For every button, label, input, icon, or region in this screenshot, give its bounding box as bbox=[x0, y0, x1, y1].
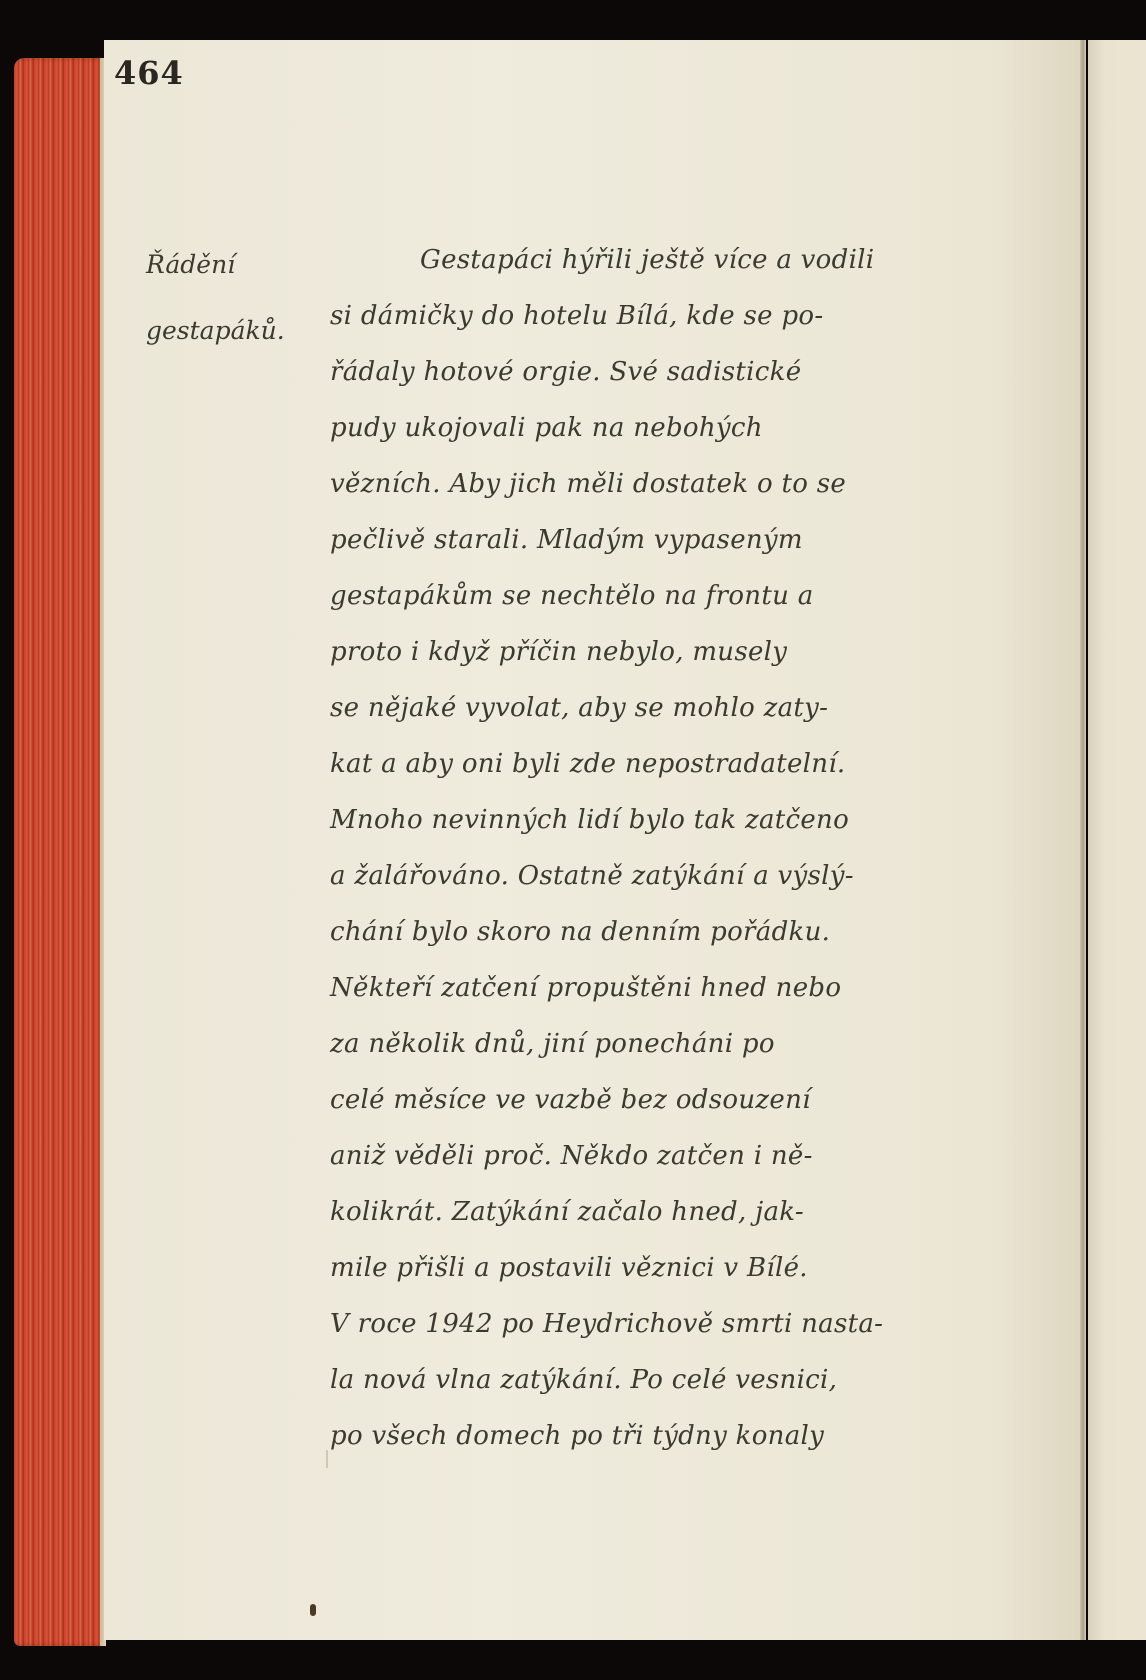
facing-page-edge bbox=[1088, 40, 1146, 1640]
text-line: a žalářováno. Ostatně zatýkání a výslý- bbox=[330, 848, 1020, 904]
text-line: chání bylo skoro na denním pořádku. bbox=[330, 904, 1020, 960]
text-line: řádaly hotové orgie. Své sadistické bbox=[330, 344, 1020, 400]
text-line: pečlivě starali. Mladým vypaseným bbox=[330, 512, 1020, 568]
text-line: se nějaké vyvolat, aby se mohlo zaty- bbox=[330, 680, 1020, 736]
text-line: la nová vlna zatýkání. Po celé vesnici, bbox=[330, 1352, 1020, 1408]
text-line: si dámičky do hotelu Bílá, kde se po- bbox=[330, 288, 1020, 344]
text-line: V roce 1942 po Heydrichově smrti nasta- bbox=[330, 1296, 1020, 1352]
text-line: celé měsíce ve vazbě bez odsouzení bbox=[330, 1072, 1020, 1128]
text-line: Někteří zatčení propuštěni hned nebo bbox=[330, 960, 1020, 1016]
text-line: za několik dnů, jiní ponecháni po bbox=[330, 1016, 1020, 1072]
text-line: proto i když příčin nebylo, musely bbox=[330, 624, 1020, 680]
text-line: gestapákům se nechtělo na frontu a bbox=[330, 568, 1020, 624]
faint-pencil-mark bbox=[326, 1450, 328, 1468]
text-line: kat a aby oni byli zde nepostradatelní. bbox=[330, 736, 1020, 792]
text-line: pudy ukojovali pak na nebohých bbox=[330, 400, 1020, 456]
page-number: 464 bbox=[114, 54, 184, 92]
margin-heading-line: gestapáků. bbox=[146, 298, 296, 364]
text-line: Mnoho nevinných lidí bylo tak zatčeno bbox=[330, 792, 1020, 848]
text-line: aniž věděli proč. Někdo zatčen i ně- bbox=[330, 1128, 1020, 1184]
handwritten-body: Gestapáci hýřili ještě více a vodili si … bbox=[330, 232, 1020, 1464]
text-line: kolikrát. Zatýkání začalo hned, jak- bbox=[330, 1184, 1020, 1240]
margin-heading-line: Řádění bbox=[146, 232, 296, 298]
book-page-edges bbox=[14, 58, 106, 1646]
margin-heading: Řádění gestapáků. bbox=[146, 232, 296, 364]
text-line: vězních. Aby jich měli dostatek o to se bbox=[330, 456, 1020, 512]
book-gutter bbox=[1080, 40, 1086, 1640]
text-line: po všech domech po tři týdny konaly bbox=[330, 1408, 1020, 1464]
text-line: Gestapáci hýřili ještě více a vodili bbox=[330, 232, 1020, 288]
ink-speck bbox=[310, 1604, 316, 1616]
text-line: mile přišli a postavili věznici v Bílé. bbox=[330, 1240, 1020, 1296]
